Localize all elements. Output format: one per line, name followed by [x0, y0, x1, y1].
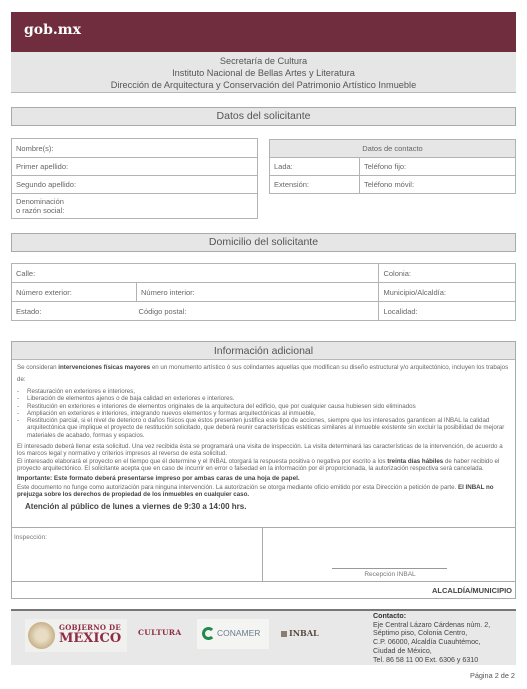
field-nombre[interactable]: Nombre(s): [12, 139, 258, 158]
list-item: Liberación de elementos ajenos o de baja… [17, 395, 510, 402]
list-item: Restitución en exteriores e interiores d… [17, 403, 510, 410]
contact-block: Contacto: Eje Central Lázaro Cárdenas nú… [373, 612, 490, 664]
conamer-logo: CONAMER [197, 619, 269, 649]
section-domicilio: Domicilio del solicitante [11, 233, 516, 252]
contact-line: Tel. 86 58 11 00 Ext. 6306 y 6310 [373, 656, 490, 665]
field-primer-apellido[interactable]: Primer apellido: [12, 158, 258, 176]
section-informacion-adicional: Información adicional [12, 342, 515, 360]
gob-mx-logo[interactable]: gob.mx [24, 22, 81, 38]
gob-logo-line2: MÉXICO [59, 632, 121, 646]
cultura-logo: CULTURA [138, 628, 181, 637]
contact-line: Séptimo piso, Colonia Centro, [373, 629, 490, 638]
field-municipio[interactable]: Municipio/Alcaldía: [379, 283, 516, 302]
info-body: Se consideran intervenciones físicas may… [12, 360, 515, 510]
field-razon-social-label2: o razón social: [16, 206, 253, 215]
field-numero-exterior[interactable]: Número exterior: [12, 283, 137, 302]
info-paragraph-4: Este documento no funge como autorizació… [17, 484, 510, 499]
field-estado-cp[interactable]: Estado: Código postal: [12, 302, 379, 321]
field-telefono-movil[interactable]: Teléfono móvil: [360, 176, 516, 194]
inbal-mark-icon [281, 631, 287, 637]
field-estado: Estado: [16, 307, 41, 316]
field-calle[interactable]: Calle: [12, 264, 379, 283]
institution-line: Secretaría de Cultura [11, 55, 516, 67]
inspection-field[interactable]: Inspección: [11, 528, 263, 581]
conamer-text: CONAMER [217, 628, 260, 638]
contact-title: Contacto: [373, 612, 490, 621]
inbal-logo: INBAL [281, 628, 319, 638]
national-seal-icon [28, 622, 55, 649]
contact-line: Eje Central Lázaro Cárdenas núm. 2, [373, 621, 490, 630]
field-numero-interior[interactable]: Número interior: [137, 283, 379, 302]
field-colonia[interactable]: Colonia: [379, 264, 516, 283]
footer: GOBIERNO DE MÉXICO CULTURA CONAMER INBAL… [11, 609, 516, 665]
institution-line: Instituto Nacional de Bellas Artes y Lit… [11, 67, 516, 79]
info-intro: Se consideran intervenciones físicas may… [17, 362, 510, 386]
field-codigo-postal: Código postal: [139, 307, 187, 316]
institution-line: Dirección de Arquitectura y Conservación… [11, 79, 516, 91]
office-hours: Atención al público de lunes a viernes d… [25, 503, 510, 510]
list-item: Ampliación en exteriores e interiores, i… [17, 410, 510, 417]
field-razon-social[interactable]: Denominación o razón social: [12, 194, 258, 219]
info-paragraph-2: El interesado deberá llenar esta solicit… [17, 443, 510, 458]
field-extension[interactable]: Extensión: [270, 176, 360, 194]
info-paragraph-3: El interesado elaborará el proyecto en e… [17, 458, 510, 473]
address-table: Calle: Colonia: Número exterior: Número … [11, 263, 516, 321]
page-number: Página 2 de 2 [470, 671, 515, 680]
alcaldia-municipio-label: ALCALDÍA/MUNICIPIO [11, 581, 516, 599]
gob-header-bar: gob.mx [11, 12, 516, 52]
field-localidad[interactable]: Localidad: [379, 302, 516, 321]
inspection-section: Inspección: Recepción INBAL ALCALDÍA/MUN… [11, 527, 516, 598]
field-segundo-apellido[interactable]: Segundo apellido: [12, 176, 258, 194]
contact-table: Datos de contacto Lada: Teléfono fijo: E… [269, 139, 516, 194]
inbal-text: INBAL [289, 628, 319, 638]
field-telefono-fijo[interactable]: Teléfono fijo: [360, 158, 516, 176]
list-item: Restauración en exteriores e interiores, [17, 388, 510, 395]
section-datos-solicitante: Datos del solicitante [11, 107, 516, 126]
reception-signature-area: Recepción INBAL [264, 528, 516, 581]
institution-header: Secretaría de Cultura Instituto Nacional… [11, 52, 516, 93]
gobierno-de-mexico-logo: GOBIERNO DE MÉXICO [25, 619, 127, 652]
important-note: Importante: Este formato deberá presenta… [17, 475, 510, 482]
contact-line: C.P. 06000, Alcaldía Cuauhtémoc, [373, 638, 490, 647]
signature-line [332, 568, 447, 569]
list-item: Restitución parcial, si el nivel de dete… [17, 417, 510, 439]
contact-line: Ciudad de México, [373, 647, 490, 656]
applicant-name-table: Nombre(s): Primer apellido: Segundo apel… [11, 138, 258, 219]
contact-header: Datos de contacto [270, 140, 516, 158]
field-lada[interactable]: Lada: [270, 158, 360, 176]
field-razon-social-label: Denominación [16, 197, 253, 206]
conamer-mark-icon [202, 627, 215, 640]
reception-label: Recepción INBAL [264, 571, 516, 578]
intervention-list: Restauración en exteriores e interiores,… [17, 388, 510, 439]
